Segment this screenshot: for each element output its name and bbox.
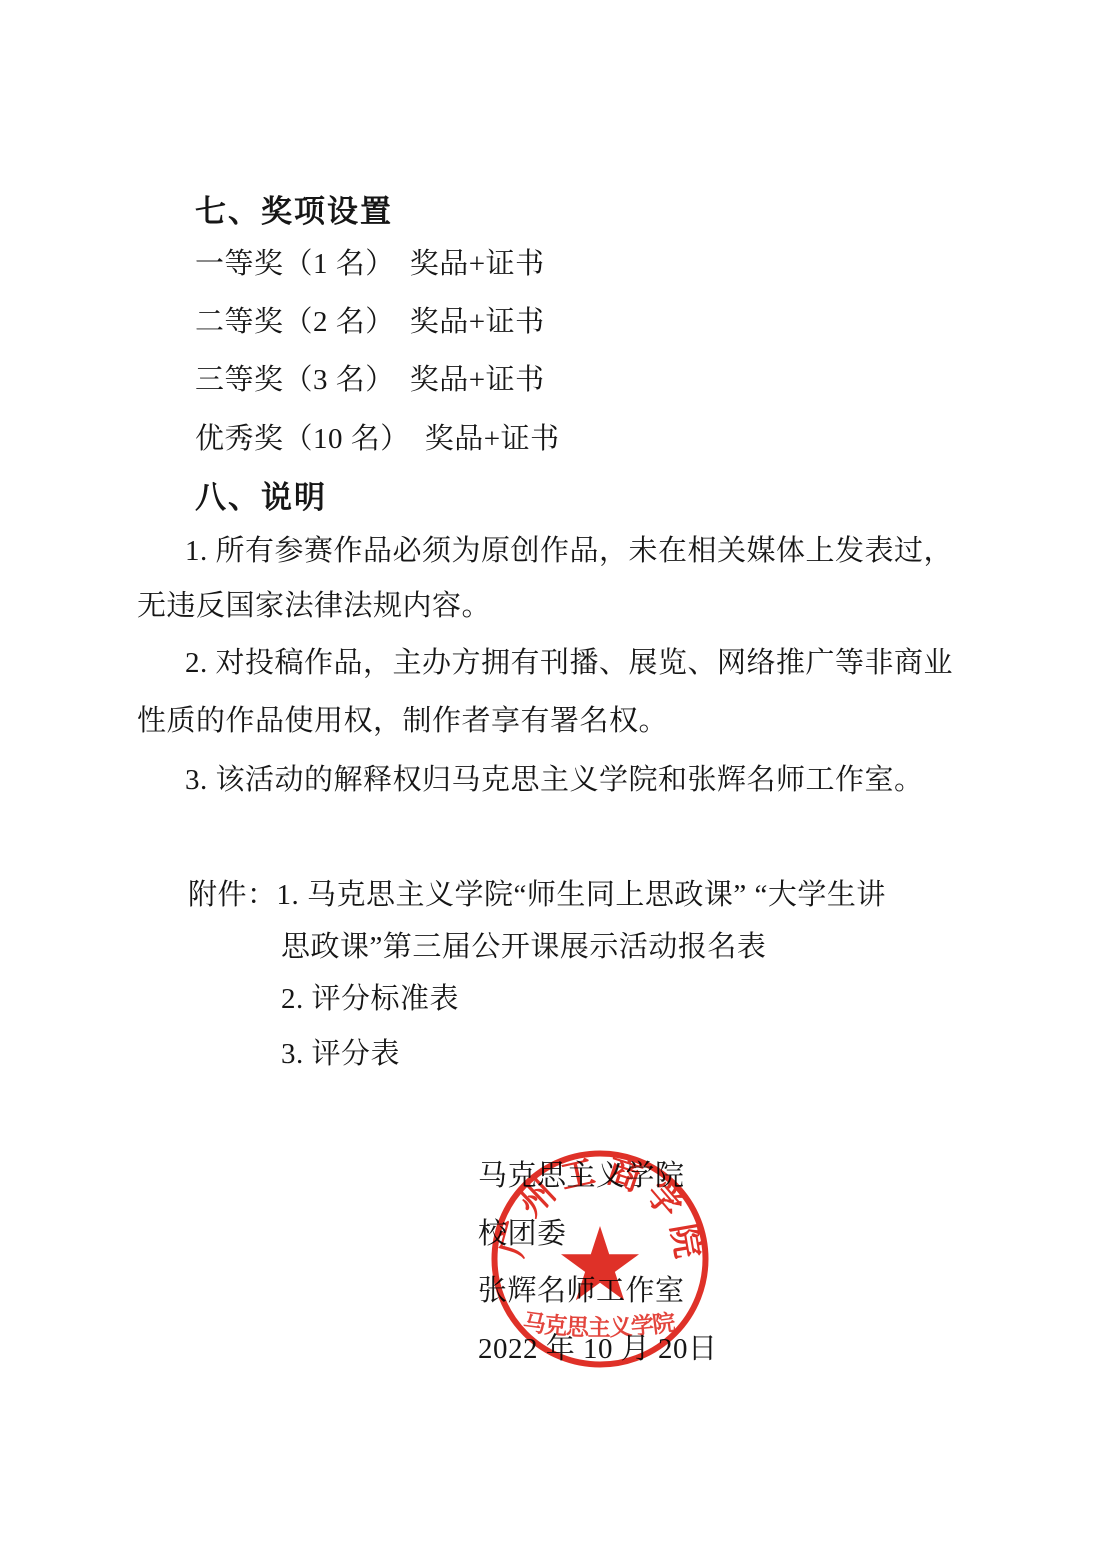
official-seal-stamp: 广州工商学院 马克思主义学院 xyxy=(450,1118,750,1408)
note-line-1: 1. 所有参赛作品必须为原创作品，未在相关媒体上发表过， xyxy=(185,536,953,566)
attachments-line-2: 思政课”第三届公开课展示活动报名表 xyxy=(281,932,766,962)
award-item-first-prize: 一等奖（1 名） 奖品+证书 xyxy=(195,249,545,279)
notes-section-heading: 八、说明 xyxy=(195,482,327,515)
attachments-line-4: 3. 评分表 xyxy=(281,1039,400,1069)
document-page: 七、奖项设置 一等奖（1 名） 奖品+证书 二等奖（2 名） 奖品+证书 三等奖… xyxy=(0,0,1103,1559)
awards-section-heading: 七、奖项设置 xyxy=(195,196,393,229)
note-line-4: 性质的作品使用权，制作者享有署名权。 xyxy=(137,706,668,736)
award-item-second-prize: 二等奖（2 名） 奖品+证书 xyxy=(195,307,545,337)
award-item-excellence-prize: 优秀奖（10 名） 奖品+证书 xyxy=(195,424,560,454)
seal-inner-text: 马克思主义学院 xyxy=(521,1309,677,1341)
note-line-2: 无违反国家法律法规内容。 xyxy=(137,591,491,621)
seal-star-icon xyxy=(561,1226,639,1300)
note-line-5: 3. 该活动的解释权归马克思主义学院和张辉名师工作室。 xyxy=(185,765,924,795)
note-line-3: 2. 对投稿作品，主办方拥有刊播、展览、网络推广等非商业 xyxy=(185,648,953,678)
attachments-line-1: 附件：1. 马克思主义学院“师生同上思政课” “大学生讲 xyxy=(188,880,886,910)
award-item-third-prize: 三等奖（3 名） 奖品+证书 xyxy=(195,365,545,395)
attachments-line-3: 2. 评分标准表 xyxy=(281,984,459,1014)
